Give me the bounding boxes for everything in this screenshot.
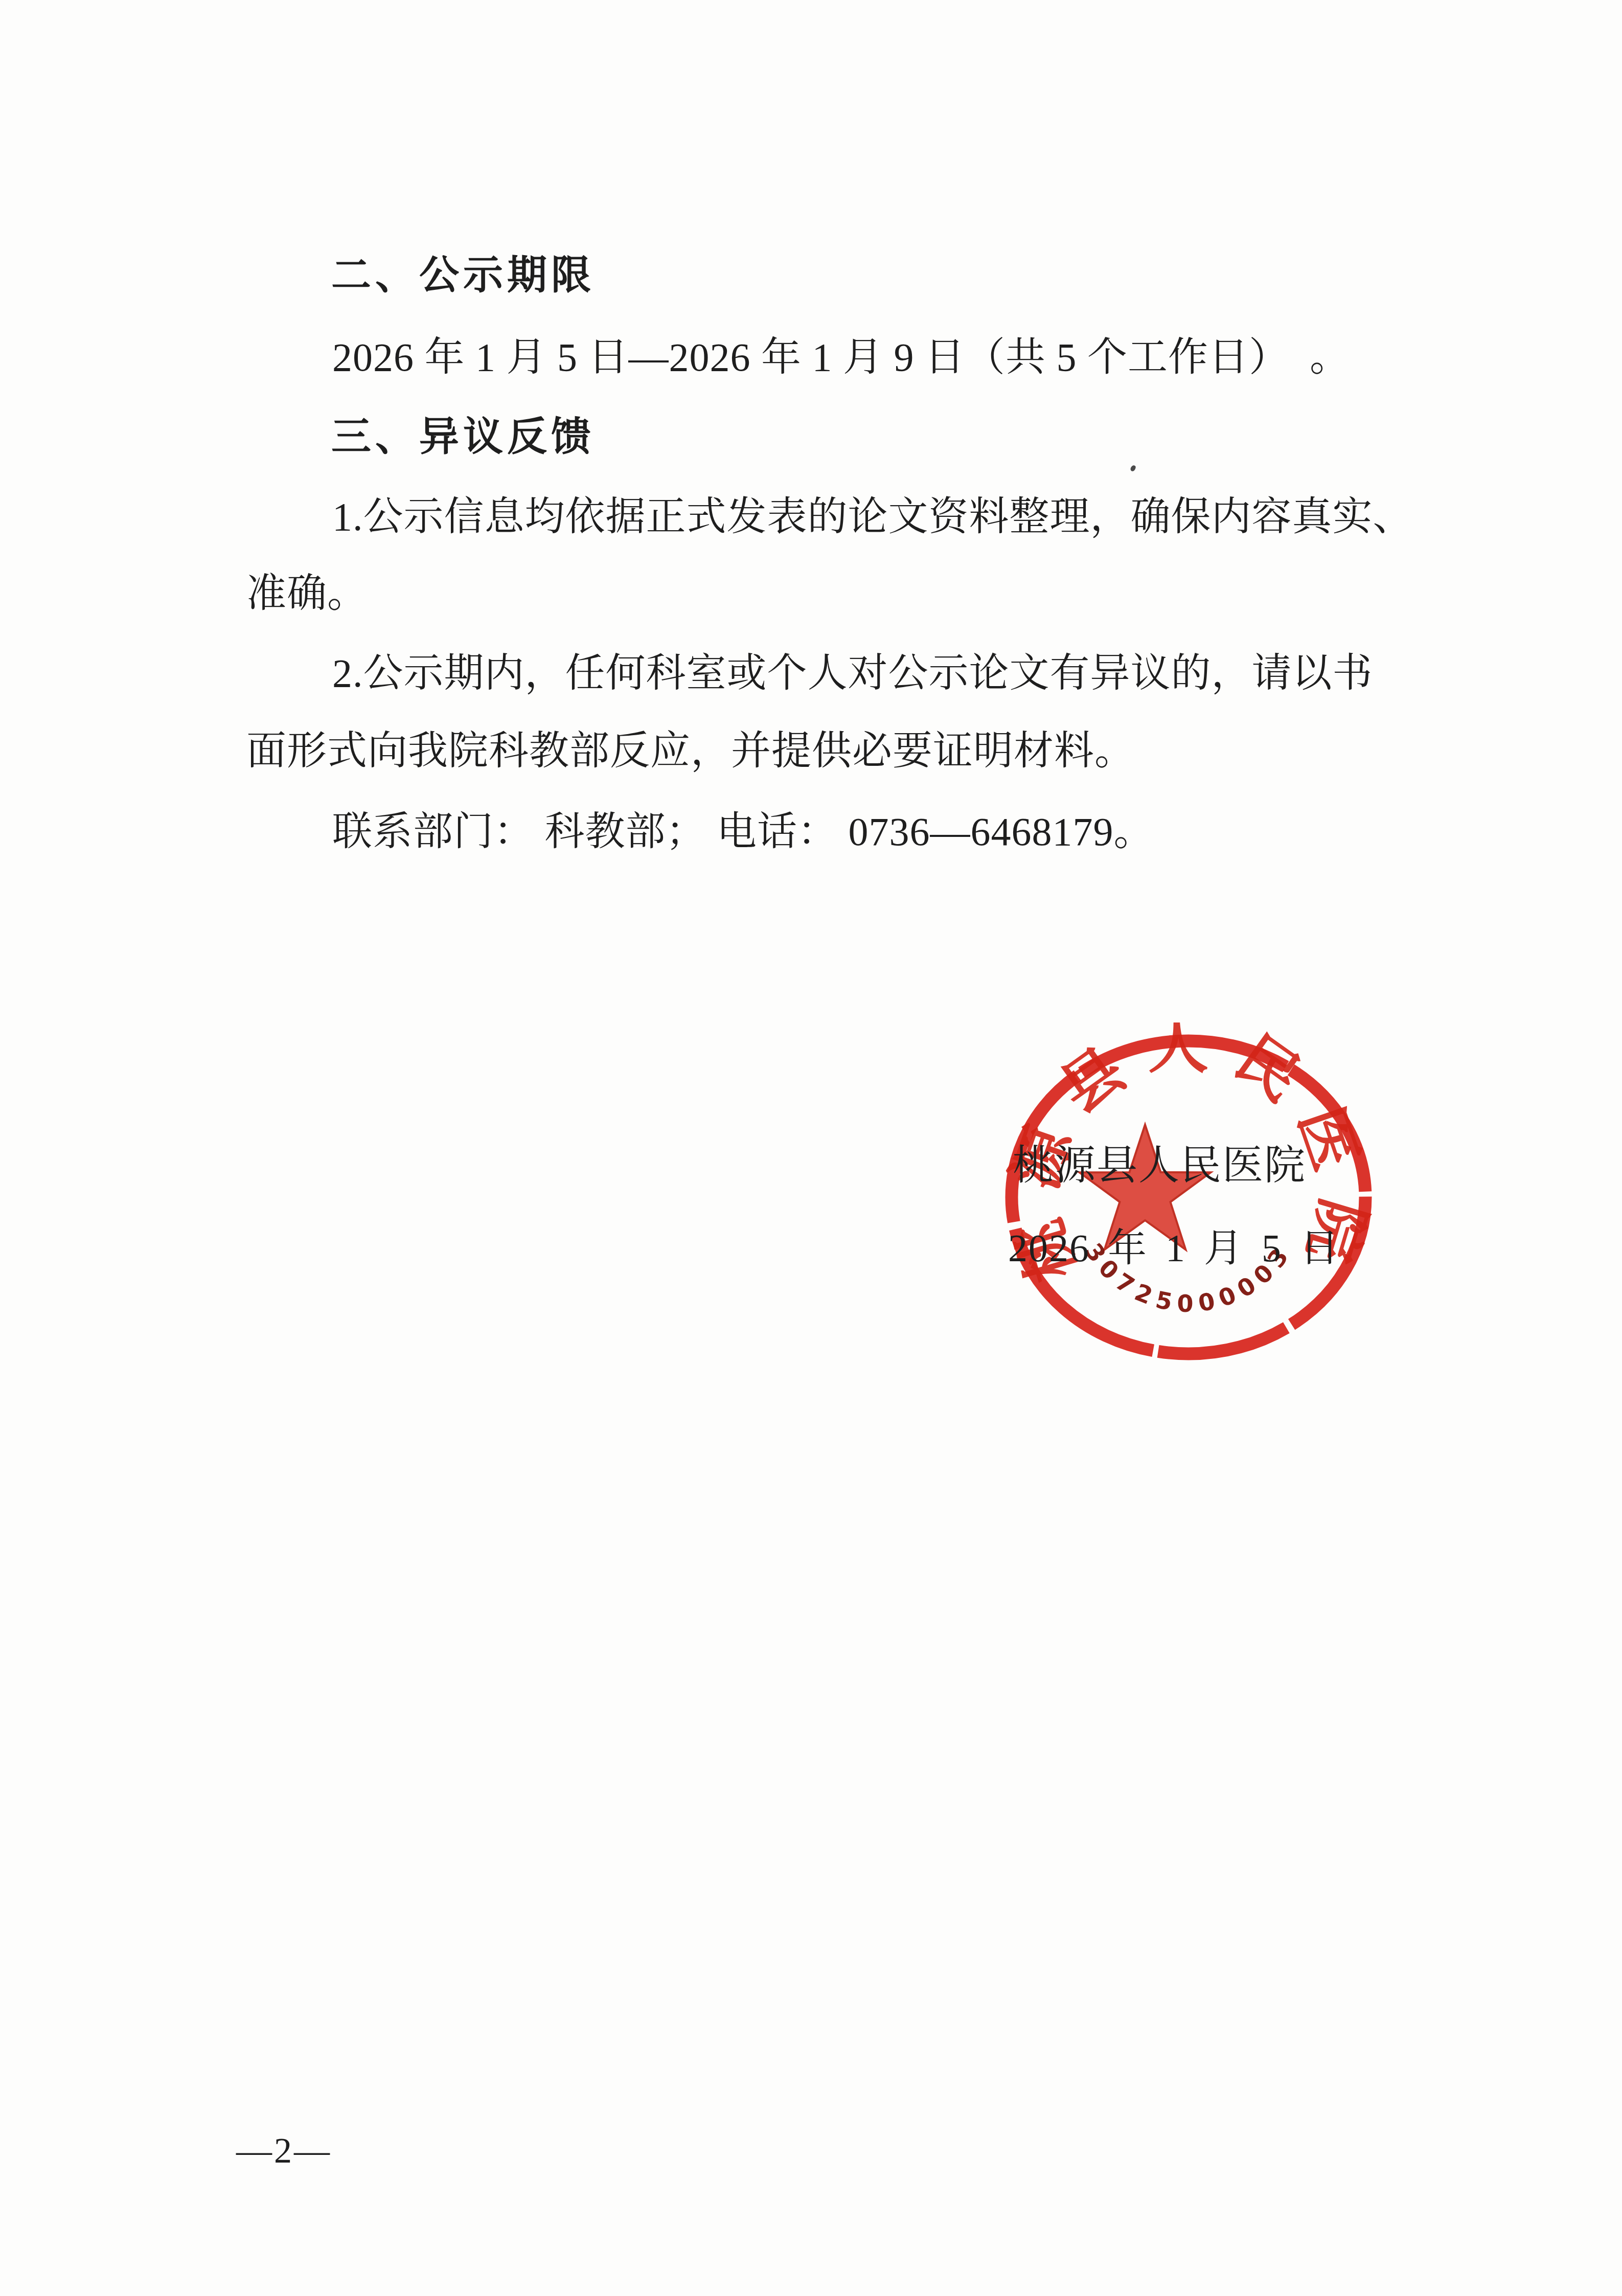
signature-hospital-name: 桃源县人民医院 (1013, 1145, 1306, 1186)
contact-line: 联系部门： 科教部； 电话： 0736—6468179。 (332, 812, 1154, 852)
official-seal: 桃源县人民医院 4307250000031 (992, 1022, 1390, 1380)
objection-item2-line1: 2.公示期内，任何科室或个人对公示论文有异议的，请以书 (332, 653, 1373, 693)
publicity-period-dates: 2026 年 1 月 5 日—2026 年 1 月 9 日（共 5 个工作日） … (332, 337, 1350, 377)
objection-item2-line2: 面形式向我院科教部反应，并提供必要证明材料。 (246, 731, 1135, 771)
signature-date: 2026 年 1 月 5 日 (1008, 1229, 1340, 1268)
ink-speck (1130, 465, 1136, 472)
objection-item1-line2: 准确。 (246, 574, 368, 613)
document-page: 二、公示期限 2026 年 1 月 5 日—2026 年 1 月 9 日（共 5… (0, 0, 1622, 2296)
section-heading-publicity-period: 二、公示期限 (331, 256, 595, 295)
objection-item1-line1: 1.公示信息均依据正式发表的论文资料整理，确保内容真实、 (332, 497, 1413, 537)
section-heading-objection-feedback: 三、异议反馈 (331, 417, 595, 457)
page-number: —2— (236, 2131, 332, 2172)
